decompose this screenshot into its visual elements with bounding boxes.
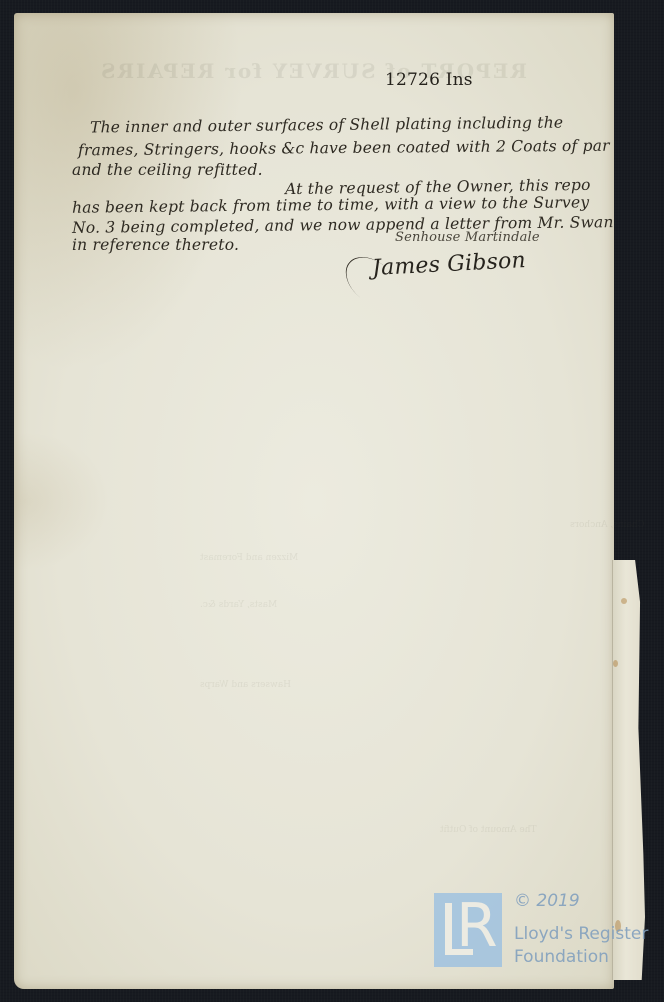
- body-line-7: in reference thereto.: [72, 236, 239, 254]
- show-through-text: Masts, Yards &c.: [200, 600, 277, 610]
- watermark-org-line2: Foundation: [514, 949, 609, 966]
- watermark-copyright: © 2019: [514, 893, 580, 910]
- reference-number: 12726 Ins: [385, 70, 473, 90]
- foxing-stain: [613, 660, 618, 667]
- surveyor-title: Senhouse Martindale: [395, 230, 540, 245]
- watermark-org-line1: Lloyd's Register: [514, 926, 648, 943]
- show-through-text: Hawsers and Warps: [200, 680, 291, 690]
- show-through-text: Chains, Anchors: [570, 520, 645, 530]
- lr-logo-icon: R: [434, 893, 502, 967]
- body-line-3: and the ceiling refitted.: [72, 161, 263, 179]
- document-page: REPORT of SURVEY for REPAIRS: [14, 13, 614, 989]
- show-through-text: Mizzen and Foremast: [200, 553, 298, 563]
- show-through-text: The Amount of Outfit: [440, 825, 537, 835]
- foxing-stain: [621, 598, 627, 604]
